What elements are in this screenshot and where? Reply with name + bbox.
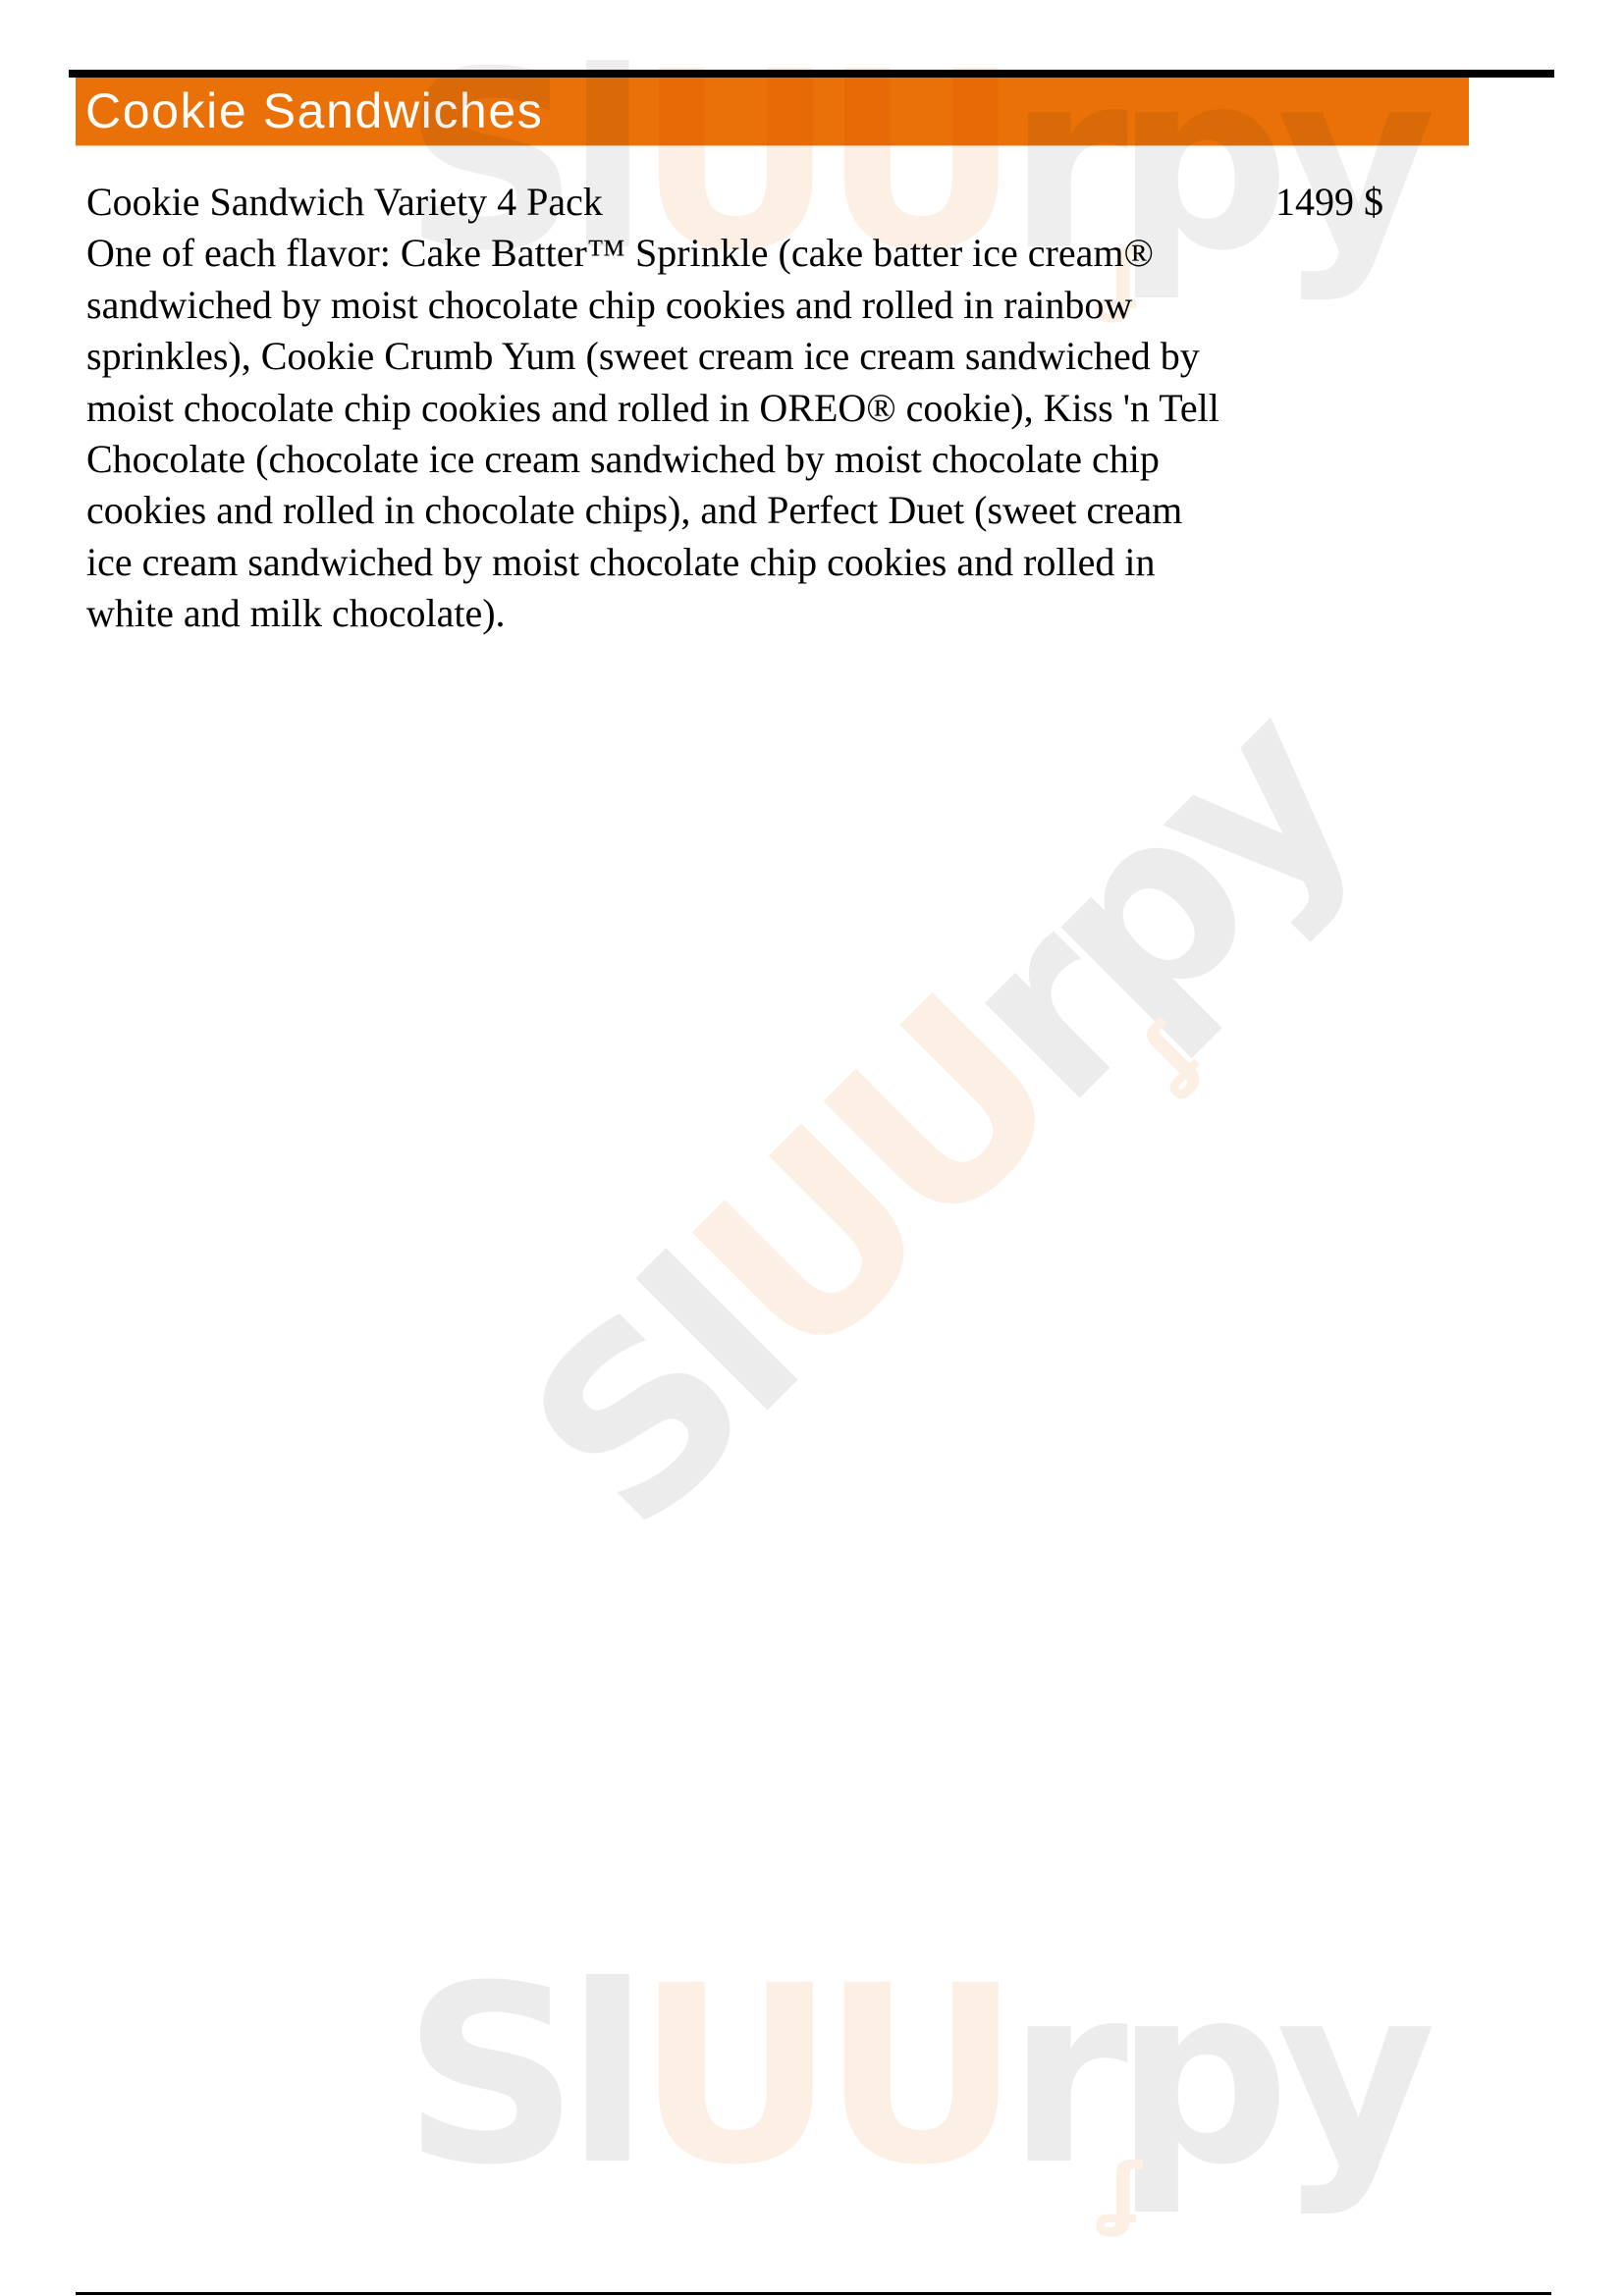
watermark-text-sl: Sl: [476, 1214, 843, 1581]
watermark-swirl-icon: ʆ: [1099, 2154, 1142, 2232]
item-description: One of each flavor: Cake Batter™ Sprinkl…: [86, 228, 1225, 639]
watermark-text-rpy: rpy: [904, 658, 1400, 1153]
bottom-rule: [76, 2292, 1551, 2295]
item-price: 1499 $: [1275, 177, 1383, 228]
top-rule: [69, 70, 1554, 78]
watermark-text-rpy: rpy: [1007, 1933, 1423, 2218]
watermark-logo-middle: SlUUrpyʆ: [491, 642, 1417, 1568]
watermark-logo-bottom: SlUUrpyʆ: [403, 1953, 1466, 2199]
item-name: Cookie Sandwich Variety 4 Pack: [86, 177, 1216, 228]
watermark-text-uu: UU: [641, 951, 1106, 1415]
menu-item: Cookie Sandwich Variety 4 Pack One of ea…: [86, 177, 1402, 640]
watermark-text-sl: Sl: [403, 1933, 636, 2218]
watermark-swirl-icon: ʆ: [1125, 1012, 1212, 1098]
menu-page: Cookie Sandwiches Cookie Sandwich Variet…: [0, 0, 1624, 2296]
watermark-text-uu: UU: [636, 1933, 1007, 2218]
section-title: Cookie Sandwiches: [85, 82, 543, 139]
section-header: Cookie Sandwiches: [76, 78, 1469, 145]
